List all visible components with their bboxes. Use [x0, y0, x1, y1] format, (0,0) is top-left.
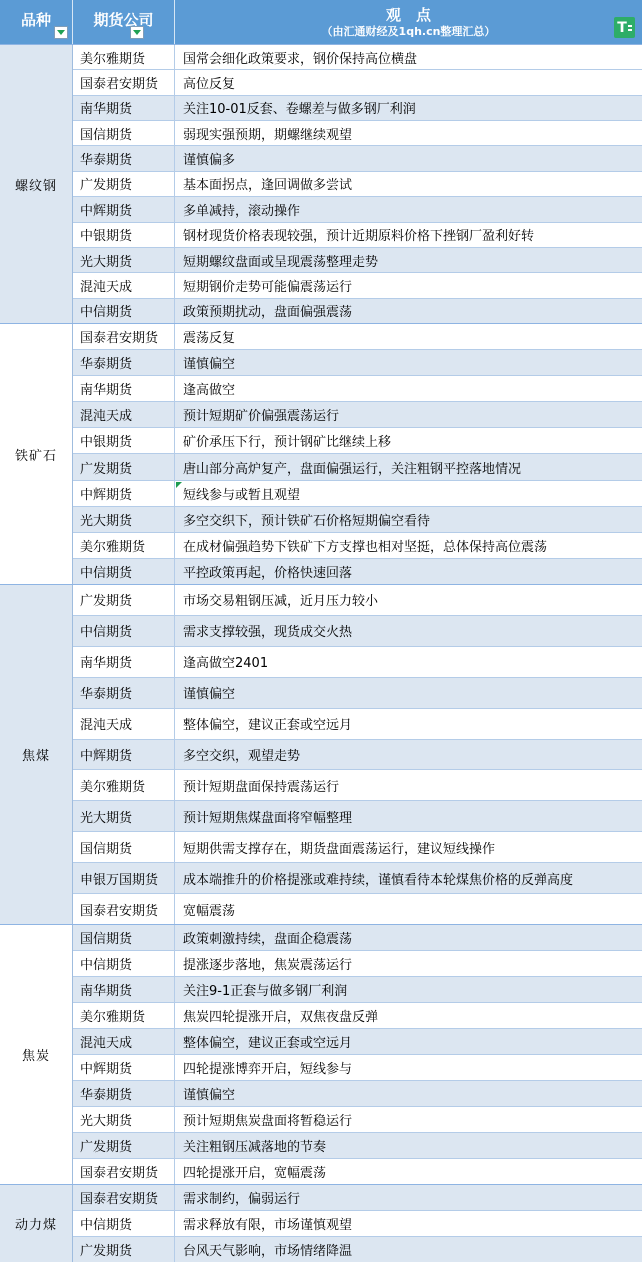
- company-cell[interactable]: 混沌天成: [73, 402, 175, 427]
- view-header-subtitle: （由汇通财经及1qh.cn整理汇总）: [322, 25, 496, 39]
- view-text: 短线参与或暂且观望: [183, 484, 300, 503]
- company-cell[interactable]: 南华期货: [73, 977, 175, 1002]
- view-text: 谨慎偏多: [183, 149, 235, 168]
- view-cell[interactable]: 宽幅震荡: [175, 894, 642, 924]
- view-cell[interactable]: 政策预期扰动，盘面偏强震荡: [175, 299, 642, 323]
- view-cell[interactable]: 需求释放有限，市场谨慎观望: [175, 1211, 642, 1236]
- view-cell[interactable]: 逢高做空: [175, 376, 642, 401]
- view-text: 矿价承压下行，预计钢矿比继续上移: [183, 431, 391, 450]
- section-rows: 国泰君安期货 需求制约，偏弱运行 中信期货 需求释放有限，市场谨慎观望 广发期货…: [73, 1185, 642, 1262]
- company-cell[interactable]: 申银万国期货: [73, 863, 175, 893]
- table-row: 国信期货 弱现实强预期，期螺继续观望: [73, 121, 642, 146]
- view-cell[interactable]: 基本面拐点，逢回调做多尝试: [175, 172, 642, 196]
- view-cell[interactable]: 多空交织下，预计铁矿石价格短期偏空看待: [175, 507, 642, 532]
- table-row: 国信期货 短期供需支撑存在，期货盘面震荡运行，建议短线操作: [73, 832, 642, 863]
- company-cell[interactable]: 光大期货: [73, 1107, 175, 1132]
- view-cell[interactable]: 需求支撑较强，现货成交火热: [175, 616, 642, 646]
- table-row: 美尔雅期货 国常会细化政策要求，钢价保持高位横盘: [73, 45, 642, 70]
- view-cell[interactable]: 平控政策再起，价格快速回落: [175, 559, 642, 584]
- company-cell[interactable]: 国泰君安期货: [73, 1185, 175, 1210]
- view-text: 需求支撑较强，现货成交火热: [183, 621, 352, 640]
- table-row: 华泰期货 谨慎偏空: [73, 350, 642, 376]
- view-text: 短期供需支撑存在，期货盘面震荡运行，建议短线操作: [183, 838, 495, 857]
- commodity-label-cell[interactable]: 螺纹钢: [0, 45, 73, 323]
- company-cell[interactable]: 美尔雅期货: [73, 770, 175, 800]
- company-cell[interactable]: 南华期货: [73, 376, 175, 401]
- commodity-section: 动力煤 国泰君安期货 需求制约，偏弱运行 中信期货 需求释放有限，市场谨慎观望 …: [0, 1185, 642, 1262]
- table-row: 混沌天成 预计短期矿价偏强震荡运行: [73, 402, 642, 428]
- view-text: 多空交织，观望走势: [183, 745, 300, 764]
- cell-corner-marker-icon: [176, 482, 182, 488]
- table-row: 中辉期货 多单减持，滚动操作: [73, 197, 642, 222]
- view-cell[interactable]: 多单减持，滚动操作: [175, 197, 642, 221]
- table-row: 混沌天成 短期钢价走势可能偏震荡运行: [73, 273, 642, 298]
- table-row: 光大期货 预计短期焦炭盘面将暂稳运行: [73, 1107, 642, 1133]
- view-text: 关注10-01反套、卷螺差与做多钢厂利润: [183, 98, 416, 117]
- section-rows: 国信期货 政策刺激持续，盘面企稳震荡 中信期货 提涨逐步落地，焦炭震荡运行 南华…: [73, 925, 642, 1184]
- variety-filter-dropdown-button[interactable]: [54, 26, 68, 39]
- company-cell[interactable]: 南华期货: [73, 96, 175, 120]
- view-text: 政策刺激持续，盘面企稳震荡: [183, 928, 352, 947]
- company-cell[interactable]: 国信期货: [73, 832, 175, 862]
- view-cell[interactable]: 关注10-01反套、卷螺差与做多钢厂利润: [175, 96, 642, 120]
- table-row: 美尔雅期货 在成材偏强趋势下铁矿下方支撑也相对坚挺，总体保持高位震荡: [73, 533, 642, 559]
- table-row: 中信期货 提涨逐步落地，焦炭震荡运行: [73, 951, 642, 977]
- view-text: 逢高做空: [183, 379, 235, 398]
- company-cell[interactable]: 美尔雅期货: [73, 533, 175, 558]
- commodity-label-cell[interactable]: 焦炭: [0, 925, 73, 1184]
- view-header-label: 观 点: [386, 6, 431, 25]
- company-cell[interactable]: 广发期货: [73, 585, 175, 615]
- table-row: 中信期货 政策预期扰动，盘面偏强震荡: [73, 299, 642, 323]
- view-cell[interactable]: 谨慎偏多: [175, 146, 642, 170]
- table-row: 中银期货 钢材现货价格表现较强，预计近期原料价格下挫钢厂盈利好转: [73, 223, 642, 248]
- table-row: 中信期货 需求支撑较强，现货成交火热: [73, 616, 642, 647]
- company-cell[interactable]: 广发期货: [73, 1133, 175, 1158]
- section-rows: 美尔雅期货 国常会细化政策要求，钢价保持高位横盘 国泰君安期货 高位反复 南华期…: [73, 45, 642, 323]
- company-cell[interactable]: 混沌天成: [73, 709, 175, 739]
- view-cell[interactable]: 谨慎偏空: [175, 678, 642, 708]
- header-cell-company: 期货公司: [73, 0, 175, 44]
- company-cell[interactable]: 美尔雅期货: [73, 1003, 175, 1028]
- view-cell[interactable]: 预计短期矿价偏强震荡运行: [175, 402, 642, 427]
- view-cell[interactable]: 需求制约，偏弱运行: [175, 1185, 642, 1210]
- table-header: 品种 期货公司 观 点 （由汇通财经及1qh.cn整理汇总） T: [0, 0, 642, 45]
- commodity-section: 螺纹钢 美尔雅期货 国常会细化政策要求，钢价保持高位横盘 国泰君安期货 高位反复…: [0, 45, 642, 324]
- view-cell[interactable]: 提涨逐步落地，焦炭震荡运行: [175, 951, 642, 976]
- company-cell[interactable]: 国泰君安期货: [73, 70, 175, 94]
- view-text: 多空交织下，预计铁矿石价格短期偏空看待: [183, 510, 430, 529]
- table-row: 光大期货 预计短期焦煤盘面将窄幅整理: [73, 801, 642, 832]
- company-cell[interactable]: 广发期货: [73, 1237, 175, 1262]
- view-text: 预计短期盘面保持震荡运行: [183, 776, 339, 795]
- view-cell[interactable]: 谨慎偏空: [175, 350, 642, 375]
- view-text: 四轮提涨博弈开启，短线参与: [183, 1058, 352, 1077]
- company-cell[interactable]: 中银期货: [73, 223, 175, 247]
- company-cell[interactable]: 光大期货: [73, 507, 175, 532]
- view-text: 短期钢价走势可能偏震荡运行: [183, 276, 352, 295]
- company-cell[interactable]: 南华期货: [73, 647, 175, 677]
- view-text: 谨慎偏空: [183, 1084, 235, 1103]
- table-row: 中银期货 矿价承压下行，预计钢矿比继续上移: [73, 428, 642, 454]
- view-cell[interactable]: 四轮提涨博弈开启，短线参与: [175, 1055, 642, 1080]
- view-text: 提涨逐步落地，焦炭震荡运行: [183, 954, 352, 973]
- view-text: 宽幅震荡: [183, 900, 235, 919]
- table-row: 华泰期货 谨慎偏空: [73, 1081, 642, 1107]
- view-cell[interactable]: 钢材现货价格表现较强，预计近期原料价格下挫钢厂盈利好转: [175, 223, 642, 247]
- view-cell[interactable]: 矿价承压下行，预计钢矿比继续上移: [175, 428, 642, 453]
- view-text: 钢材现货价格表现较强，预计近期原料价格下挫钢厂盈利好转: [183, 225, 534, 244]
- company-cell[interactable]: 国泰君安期货: [73, 324, 175, 349]
- company-cell[interactable]: 中信期货: [73, 1211, 175, 1236]
- view-text: 预计短期矿价偏强震荡运行: [183, 405, 339, 424]
- company-cell[interactable]: 中辉期货: [73, 481, 175, 506]
- view-text: 多单减持，滚动操作: [183, 200, 300, 219]
- table-row: 华泰期货 谨慎偏空: [73, 678, 642, 709]
- company-header-label: 期货公司: [93, 9, 153, 30]
- view-cell[interactable]: 预计短期焦煤盘面将窄幅整理: [175, 801, 642, 831]
- view-text: 政策预期扰动，盘面偏强震荡: [183, 301, 352, 320]
- company-cell[interactable]: 国信期货: [73, 121, 175, 145]
- table-row: 广发期货 基本面拐点，逢回调做多尝试: [73, 172, 642, 197]
- commodity-section: 焦炭 国信期货 政策刺激持续，盘面企稳震荡 中信期货 提涨逐步落地，焦炭震荡运行…: [0, 925, 642, 1185]
- company-cell[interactable]: 混沌天成: [73, 1029, 175, 1054]
- company-cell[interactable]: 光大期货: [73, 248, 175, 272]
- table-row: 南华期货 逢高做空2401: [73, 647, 642, 678]
- table-row: 中信期货 需求释放有限，市场谨慎观望: [73, 1211, 642, 1237]
- table-row: 国泰君安期货 宽幅震荡: [73, 894, 642, 924]
- view-cell[interactable]: 高位反复: [175, 70, 642, 94]
- table-row: 中信期货 平控政策再起，价格快速回落: [73, 559, 642, 584]
- site-logo-icon: T: [614, 17, 635, 38]
- table-row: 南华期货 关注9-1正套与做多钢厂利润: [73, 977, 642, 1003]
- view-cell[interactable]: 短期钢价走势可能偏震荡运行: [175, 273, 642, 297]
- table-row: 广发期货 关注粗钢压减落地的节奏: [73, 1133, 642, 1159]
- view-cell[interactable]: 整体偏空，建议正套或空远月: [175, 1029, 642, 1054]
- view-text: 在成材偏强趋势下铁矿下方支撑也相对坚挺，总体保持高位震荡: [183, 536, 547, 555]
- company-cell[interactable]: 国信期货: [73, 925, 175, 950]
- view-text: 关注9-1正套与做多钢厂利润: [183, 980, 347, 999]
- table-row: 中辉期货 多空交织，观望走势: [73, 740, 642, 771]
- table-row: 中辉期货 短线参与或暂且观望: [73, 481, 642, 507]
- variety-header-label: 品种: [21, 9, 51, 30]
- table-row: 国泰君安期货 震荡反复: [73, 324, 642, 350]
- company-cell[interactable]: 中信期货: [73, 559, 175, 584]
- view-text: 平控政策再起，价格快速回落: [183, 562, 352, 581]
- view-text: 预计短期焦炭盘面将暂稳运行: [183, 1110, 352, 1129]
- view-cell[interactable]: 整体偏空，建议正套或空远月: [175, 709, 642, 739]
- view-cell[interactable]: 关注9-1正套与做多钢厂利润: [175, 977, 642, 1002]
- view-cell[interactable]: 唐山部分高炉复产，盘面偏强运行，关注粗钢平控落地情况: [175, 454, 642, 479]
- view-cell[interactable]: 政策刺激持续，盘面企稳震荡: [175, 925, 642, 950]
- table-row: 南华期货 关注10-01反套、卷螺差与做多钢厂利润: [73, 96, 642, 121]
- header-cell-variety: 品种: [0, 0, 73, 44]
- table-row: 光大期货 多空交织下，预计铁矿石价格短期偏空看待: [73, 507, 642, 533]
- view-text: 关注粗钢压减落地的节奏: [183, 1136, 326, 1155]
- view-cell[interactable]: 谨慎偏空: [175, 1081, 642, 1106]
- section-rows: 广发期货 市场交易粗钢压减，近月压力较小 中信期货 需求支撑较强，现货成交火热 …: [73, 585, 642, 924]
- company-cell[interactable]: 中辉期货: [73, 1055, 175, 1080]
- company-cell[interactable]: 中辉期货: [73, 740, 175, 770]
- company-cell[interactable]: 混沌天成: [73, 273, 175, 297]
- view-text: 唐山部分高炉复产，盘面偏强运行，关注粗钢平控落地情况: [183, 458, 521, 477]
- table-row: 光大期货 短期螺纹盘面或呈现震荡整理走势: [73, 248, 642, 273]
- company-cell[interactable]: 中银期货: [73, 428, 175, 453]
- view-cell[interactable]: 弱现实强预期，期螺继续观望: [175, 121, 642, 145]
- view-cell[interactable]: 在成材偏强趋势下铁矿下方支撑也相对坚挺，总体保持高位震荡: [175, 533, 642, 558]
- view-cell[interactable]: 台风天气影响，市场情绪降温: [175, 1237, 642, 1262]
- commodity-label-cell[interactable]: 焦煤: [0, 585, 73, 924]
- table-row: 广发期货 市场交易粗钢压减，近月压力较小: [73, 585, 642, 616]
- filter-arrow-icon: [57, 30, 65, 35]
- view-cell[interactable]: 焦炭四轮提涨开启，双焦夜盘反弹: [175, 1003, 642, 1028]
- view-text: 高位反复: [183, 73, 235, 92]
- view-text: 四轮提涨开启，宽幅震荡: [183, 1162, 326, 1181]
- company-cell[interactable]: 中信期货: [73, 951, 175, 976]
- company-cell[interactable]: 国泰君安期货: [73, 894, 175, 924]
- view-text: 需求制约，偏弱运行: [183, 1188, 300, 1207]
- view-cell[interactable]: 预计短期盘面保持震荡运行: [175, 770, 642, 800]
- futures-opinions-table: 品种 期货公司 观 点 （由汇通财经及1qh.cn整理汇总） T 螺纹钢 美尔雅…: [0, 0, 642, 1262]
- company-cell[interactable]: 华泰期货: [73, 146, 175, 170]
- table-row: 混沌天成 整体偏空，建议正套或空远月: [73, 1029, 642, 1055]
- table-row: 美尔雅期货 预计短期盘面保持震荡运行: [73, 770, 642, 801]
- view-text: 整体偏空，建议正套或空远月: [183, 714, 352, 733]
- table-row: 混沌天成 整体偏空，建议正套或空远月: [73, 709, 642, 740]
- view-cell[interactable]: 震荡反复: [175, 324, 642, 349]
- table-row: 国泰君安期货 需求制约，偏弱运行: [73, 1185, 642, 1211]
- table-row: 广发期货 唐山部分高炉复产，盘面偏强运行，关注粗钢平控落地情况: [73, 454, 642, 480]
- table-row: 国泰君安期货 四轮提涨开启，宽幅震荡: [73, 1159, 642, 1184]
- header-cell-view: 观 点 （由汇通财经及1qh.cn整理汇总）: [175, 0, 642, 44]
- table-row: 国信期货 政策刺激持续，盘面企稳震荡: [73, 925, 642, 951]
- view-cell[interactable]: 国常会细化政策要求，钢价保持高位横盘: [175, 45, 642, 69]
- view-text: 基本面拐点，逢回调做多尝试: [183, 174, 352, 193]
- view-cell[interactable]: 短期螺纹盘面或呈现震荡整理走势: [175, 248, 642, 272]
- view-text: 震荡反复: [183, 327, 235, 346]
- company-cell[interactable]: 美尔雅期货: [73, 45, 175, 69]
- table-row: 广发期货 台风天气影响，市场情绪降温: [73, 1237, 642, 1262]
- commodity-label-cell[interactable]: 铁矿石: [0, 324, 73, 584]
- view-text: 台风天气影响，市场情绪降温: [183, 1240, 352, 1259]
- commodity-label-cell[interactable]: 动力煤: [0, 1185, 73, 1262]
- company-filter-dropdown-button[interactable]: [130, 26, 144, 39]
- view-cell[interactable]: 预计短期焦炭盘面将暂稳运行: [175, 1107, 642, 1132]
- company-cell[interactable]: 中辉期货: [73, 197, 175, 221]
- company-cell[interactable]: 国泰君安期货: [73, 1159, 175, 1184]
- view-cell[interactable]: 短线参与或暂且观望: [175, 481, 642, 506]
- company-cell[interactable]: 中信期货: [73, 616, 175, 646]
- section-rows: 国泰君安期货 震荡反复 华泰期货 谨慎偏空 南华期货 逢高做空 混沌天成 预计短…: [73, 324, 642, 584]
- company-cell[interactable]: 华泰期货: [73, 350, 175, 375]
- company-cell[interactable]: 中信期货: [73, 299, 175, 323]
- table-row: 美尔雅期货 焦炭四轮提涨开启，双焦夜盘反弹: [73, 1003, 642, 1029]
- view-cell[interactable]: 四轮提涨开启，宽幅震荡: [175, 1159, 642, 1184]
- view-text: 预计短期焦煤盘面将窄幅整理: [183, 807, 352, 826]
- table-body: 螺纹钢 美尔雅期货 国常会细化政策要求，钢价保持高位横盘 国泰君安期货 高位反复…: [0, 45, 642, 1262]
- view-text: 成本端推升的价格提涨或难持续，谨慎看待本轮煤焦价格的反弹高度: [183, 869, 573, 888]
- view-text: 弱现实强预期，期螺继续观望: [183, 124, 352, 143]
- company-cell[interactable]: 华泰期货: [73, 678, 175, 708]
- company-cell[interactable]: 光大期货: [73, 801, 175, 831]
- view-cell[interactable]: 市场交易粗钢压减，近月压力较小: [175, 585, 642, 615]
- company-cell[interactable]: 广发期货: [73, 454, 175, 479]
- view-cell[interactable]: 逢高做空2401: [175, 647, 642, 677]
- company-cell[interactable]: 华泰期货: [73, 1081, 175, 1106]
- view-text: 国常会细化政策要求，钢价保持高位横盘: [183, 48, 417, 67]
- view-text: 焦炭四轮提涨开启，双焦夜盘反弹: [183, 1006, 378, 1025]
- table-row: 南华期货 逢高做空: [73, 376, 642, 402]
- view-text: 市场交易粗钢压减，近月压力较小: [183, 590, 378, 609]
- view-cell[interactable]: 关注粗钢压减落地的节奏: [175, 1133, 642, 1158]
- table-row: 国泰君安期货 高位反复: [73, 70, 642, 95]
- view-text: 需求释放有限，市场谨慎观望: [183, 1214, 352, 1233]
- view-text: 短期螺纹盘面或呈现震荡整理走势: [183, 251, 378, 270]
- view-text: 谨慎偏空: [183, 683, 235, 702]
- commodity-section: 焦煤 广发期货 市场交易粗钢压减，近月压力较小 中信期货 需求支撑较强，现货成交…: [0, 585, 642, 925]
- view-text: 整体偏空，建议正套或空远月: [183, 1032, 352, 1051]
- commodity-section: 铁矿石 国泰君安期货 震荡反复 华泰期货 谨慎偏空 南华期货 逢高做空 混沌天成…: [0, 324, 642, 585]
- table-row: 中辉期货 四轮提涨博弈开启，短线参与: [73, 1055, 642, 1081]
- view-cell[interactable]: 多空交织，观望走势: [175, 740, 642, 770]
- company-cell[interactable]: 广发期货: [73, 172, 175, 196]
- table-row: 申银万国期货 成本端推升的价格提涨或难持续，谨慎看待本轮煤焦价格的反弹高度: [73, 863, 642, 894]
- view-cell[interactable]: 成本端推升的价格提涨或难持续，谨慎看待本轮煤焦价格的反弹高度: [175, 863, 642, 893]
- view-text: 逢高做空2401: [183, 652, 268, 671]
- filter-arrow-icon: [133, 30, 141, 35]
- view-cell[interactable]: 短期供需支撑存在，期货盘面震荡运行，建议短线操作: [175, 832, 642, 862]
- table-row: 华泰期货 谨慎偏多: [73, 146, 642, 171]
- view-text: 谨慎偏空: [183, 353, 235, 372]
